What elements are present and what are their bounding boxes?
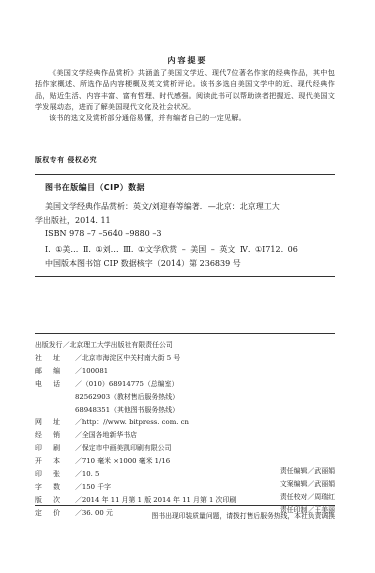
cip-line: 学出版社，2014. 11 [35,214,335,228]
publication-row: 82562903（教材售后服务热线） [35,391,335,404]
publication-value: 710 毫米 ×1000 毫米 1/16 [82,455,170,468]
summary-paragraph: 该书的选文及赏析部分通俗易懂，并有编者自己的一定见解。 [35,112,335,123]
publication-value: 北京市海淀区中关村南大街 5 号 [82,352,180,365]
publication-value: http：//www. bitpress. com. cn [82,416,189,429]
publication-row: 68948351（其他图书服务热线） [35,404,335,417]
copyright-notice: 版权专有 侵权必究 [35,154,97,164]
cip-line: 美国文学经典作品赏析：英文/刘迎春等编著．—北京：北京理工大 [45,200,335,214]
publication-value: 82562903（教材售后服务热线） [75,391,179,404]
spacer [63,468,75,481]
divider [35,276,335,277]
spacer [63,442,75,455]
spacer [63,378,75,391]
publication-row: 邮编／100081 [35,365,335,378]
summary-title: 内容提要 [0,55,375,66]
cip-classification: Ⅰ. ①美… Ⅱ. ①刘… Ⅲ. ①文学欣赏 – 美国 – 英文 Ⅳ. ①I71… [45,243,335,257]
separator: ／ [75,429,82,442]
publication-value: 100081 [82,365,108,378]
publication-key: 印刷 [35,442,63,455]
publication-row: 电话／（010）68914775（总编室） [35,378,335,391]
summary-section: 《美国文学经典作品赏析》共涵盖了美国文学近、现代7位著名作家的经典作品，其中包括… [35,67,335,123]
publication-value: 北京理工大学出版社有限责任公司 [69,339,172,352]
publication-key: 邮编 [35,365,63,378]
spacer [63,429,75,442]
separator: ／ [75,442,82,455]
spacer [63,365,75,378]
publication-value: 150 千字 [82,481,111,494]
spacer [63,416,75,429]
divider [35,505,335,506]
separator: ／ [75,352,82,365]
separator: ／ [75,481,82,494]
publication-value: （010）68914775（总编室） [82,378,178,391]
publication-key: 出版发行 [35,339,63,352]
publication-row: 网址／http：//www. bitpress. com. cn [35,416,335,429]
publication-value: 全国各地新华书店 [82,429,137,442]
publication-key: 开本 [35,455,63,468]
separator: ／ [75,378,82,391]
publication-key: 电话 [35,378,63,391]
publication-key: 网址 [35,416,63,429]
cip-data: 美国文学经典作品赏析：英文/刘迎春等编著．—北京：北京理工大 学出版社，2014… [45,200,335,271]
separator: ／ [75,416,82,429]
separator: ／ [63,339,70,352]
quality-notice: 图书出现印装质量问题，请拨打售后服务热线，本社负责调换 [35,510,335,520]
publication-key: 经销 [35,429,63,442]
staff-credits: 责任编辑／武丽娟 文案编辑／武丽娟 责任校对／周瑞红 责任印制／王美丽 [270,465,335,517]
publication-row: 出版发行／北京理工大学出版社有限责任公司 [35,339,335,352]
separator: ／ [75,365,82,378]
publication-row: 印刷／保定市中画美凯印刷有限公司 [35,442,335,455]
publication-value: 10. 5 [82,468,100,481]
publication-row: 社址／北京市海淀区中关村南大街 5 号 [35,352,335,365]
publication-key: 印张 [35,468,63,481]
publication-value: 68948351（其他图书服务热线） [75,404,179,417]
staff-credit: 责任校对／周瑞红 [270,491,335,504]
cip-title: 图书在版编目（CIP）数据 [45,182,145,193]
publication-key: 字数 [35,481,63,494]
publication-key: 社址 [35,352,63,365]
summary-paragraph: 《美国文学经典作品赏析》共涵盖了美国文学近、现代7位著名作家的经典作品，其中包括… [35,67,335,112]
publication-row: 经销／全国各地新华书店 [35,429,335,442]
spacer [63,481,75,494]
cip-isbn: ISBN 978 –7 –5640 –9880 –3 [45,227,335,241]
staff-credit: 责任编辑／武丽娟 [270,465,335,478]
cip-record: 中国版本图书馆 CIP 数据核字（2014）第 236839 号 [45,257,335,271]
staff-credit: 文案编辑／武丽娟 [270,478,335,491]
separator: ／ [75,455,82,468]
divider [35,174,335,175]
spacer [63,352,75,365]
publication-value: 保定市中画美凯印刷有限公司 [82,442,172,455]
spacer [63,455,75,468]
separator: ／ [75,468,82,481]
divider [35,333,335,334]
